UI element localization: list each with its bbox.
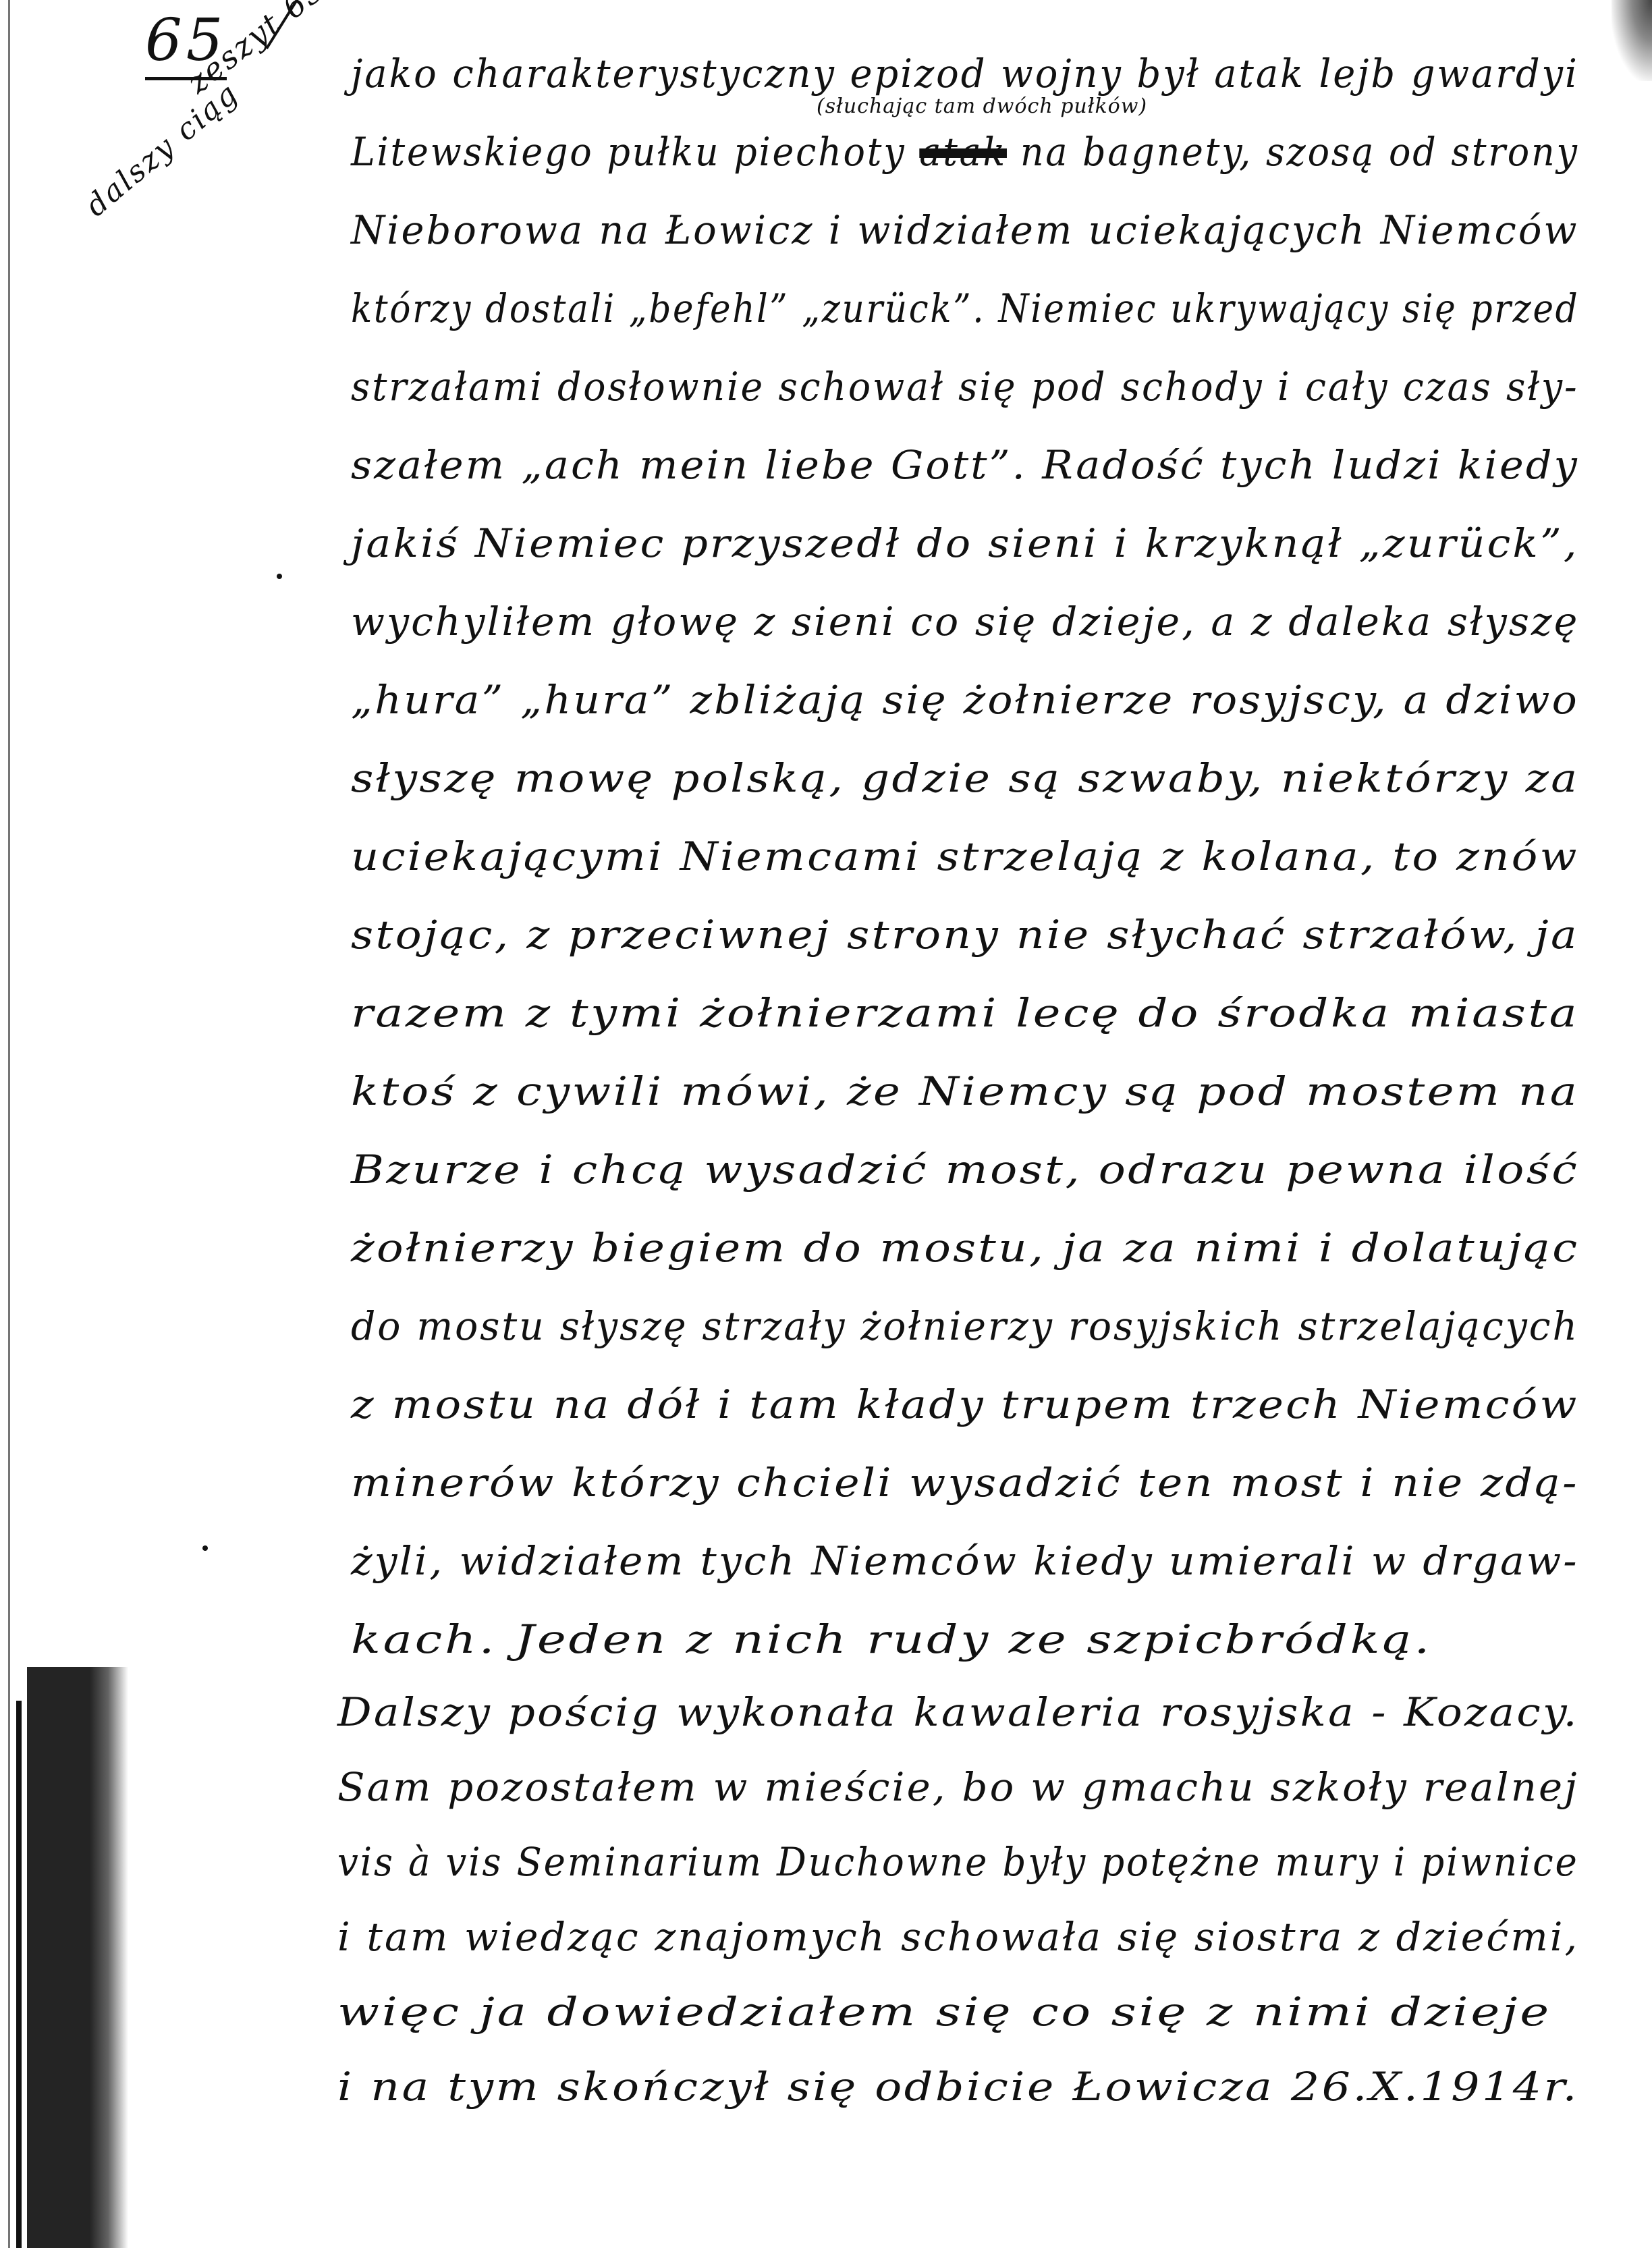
text-line: kach. Jeden z nich rudy ze szpicbródką. [351, 1616, 1432, 1662]
text-line: vis à vis Seminarium Duchowne były potęż… [337, 1839, 1579, 1885]
text-line: wychyliłem głowę z sieni co się dzieje, … [351, 599, 1579, 645]
text-line: Dalszy pościg wykonała kawaleria rosyjsk… [337, 1689, 1579, 1735]
struck-word: atak [919, 129, 1007, 175]
text-line: razem z tymi żołnierzami lecę do środka … [351, 990, 1579, 1036]
text-line: szałem „ach mein liebe Gott”. Radość tyc… [351, 442, 1579, 488]
manuscript-page: 65 zeszyt 63 dalszy ciąg (słuchając tam … [0, 0, 1652, 2248]
text-line: Litewskiego pułku piechoty atak na bagne… [351, 129, 1579, 175]
scan-binding-shadow [27, 1667, 128, 2248]
text-line: Sam pozostałem w mieście, bo w gmachu sz… [337, 1764, 1579, 1810]
stray-mark [277, 574, 282, 579]
text-line: jako charakterystyczny epizod wojny był … [351, 51, 1579, 97]
stray-mark [202, 1545, 208, 1551]
text-line: i tam wiedząc znajomych schowała się sio… [337, 1914, 1579, 1960]
text-line: Bzurze i chcą wysadzić most, odrazu pewn… [351, 1147, 1579, 1192]
text-line: żołnierzy biegiem do mostu, ja za nimi i… [351, 1225, 1580, 1271]
left-margin-rule [8, 0, 10, 2248]
margin-note: dalszy ciąg [79, 76, 246, 223]
text-line: stojąc, z przeciwnej strony nie słychać … [351, 912, 1579, 958]
text-line: z mostu na dół i tam kłady trupem trzech… [351, 1381, 1579, 1427]
text-line: Nieborowa na Łowicz i widziałem uciekają… [351, 207, 1579, 253]
scan-binding-edge [16, 1701, 22, 2248]
text-line: więc ja dowiedziałem się co się z nimi d… [337, 1989, 1551, 2035]
text-line: uciekającymi Niemcami strzelają z kolana… [351, 833, 1579, 879]
scan-corner-smudge [1612, 0, 1652, 81]
text-line: którzy dostali „befehl” „zurück”. Niemie… [351, 285, 1579, 331]
text-line: do mostu słyszę strzały żołnierzy rosyjs… [351, 1303, 1579, 1349]
text-line: żyli, widziałem tych Niemców kiedy umier… [351, 1538, 1579, 1584]
text-line: „hura” „hura” zbliżają się żołnierze ros… [351, 677, 1579, 723]
text-line: strzałami dosłownie schował się pod scho… [351, 364, 1579, 410]
text-line: i na tym skończył się odbicie Łowicza 26… [337, 2064, 1579, 2110]
text-line: słyszę mowę polską, gdzie są szwaby, nie… [351, 755, 1580, 801]
interlinear-note: (słuchając tam dwóch pułków) [817, 94, 1147, 118]
text-line: jakiś Niemiec przyszedł do sieni i krzyk… [351, 520, 1579, 566]
text-line: ktoś z cywili mówi, że Niemcy są pod mos… [351, 1068, 1579, 1114]
text-line: minerów którzy chcieli wysadzić ten most… [351, 1460, 1579, 1506]
